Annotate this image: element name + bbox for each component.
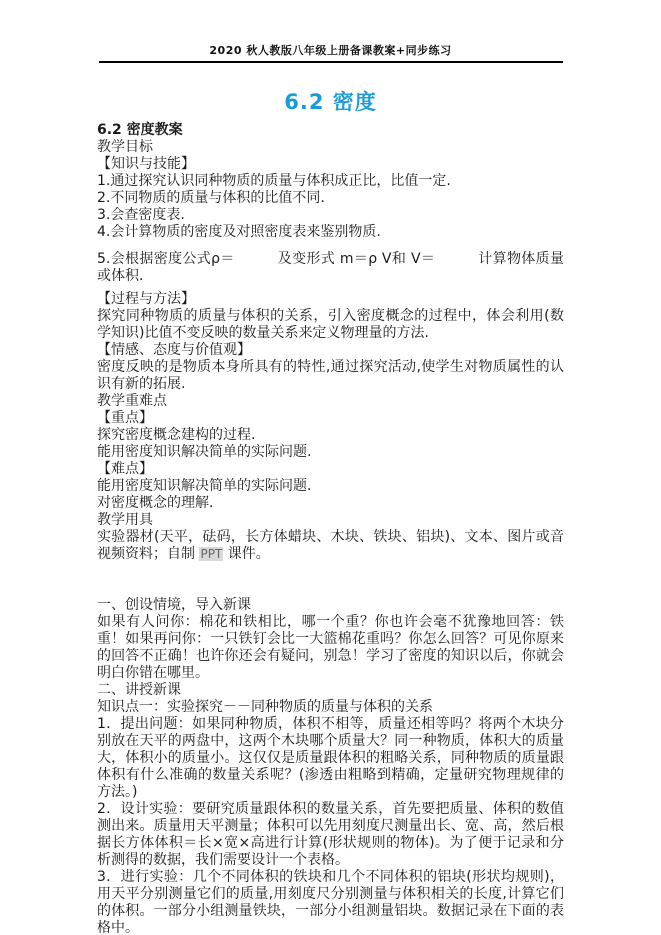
paragraph: 2.不同物质的质量与体积的比值不同. xyxy=(97,190,564,207)
paragraph: 教学用具 xyxy=(97,512,564,529)
ppt-field: PPT xyxy=(199,547,223,561)
formula-paragraph: 5.会根据密度公式ρ＝ 及变形式 m＝ρ V和 V＝ 计算物体质量或体积. xyxy=(97,251,564,285)
header-text: 2020 秋人教版八年级上册备课教案+同步练习 xyxy=(99,44,563,58)
text-run: 课件。 xyxy=(223,546,269,562)
paragraph: 3.会查密度表. xyxy=(97,207,564,224)
paragraph: 【知识与技能】 xyxy=(97,156,564,173)
paragraph: 如果有人问你：棉花和铁相比，哪一个重？你也许会毫不犹豫地回答：铁重！如果再问你：… xyxy=(97,614,564,682)
paragraph: 【难点】 xyxy=(97,461,564,478)
paragraph: 密度反映的是物质本身所具有的特性,通过探究活动,使学生对物质属性的认识有新的拓展… xyxy=(97,359,564,393)
paragraph xyxy=(97,580,564,597)
document-body: 6.2 密度教案教学目标【知识与技能】1.通过探究认识同种物质的质量与体积成正比… xyxy=(97,122,564,935)
header-rule xyxy=(99,61,563,63)
paragraph: 2．设计实验：要研究质量跟体积的数量关系，首先要把质量、体积的数值测出来。质量用… xyxy=(97,801,564,869)
paragraph: 教学重难点 xyxy=(97,393,564,410)
paragraph: 能用密度知识解决简单的实际问题. xyxy=(97,444,564,461)
paragraph: 3．进行实验：几个不同体积的铁块和几个不同体积的铝块(形状均规则)，用天平分别测… xyxy=(97,869,564,935)
equipment-paragraph: 实验器材(天平，砝码，长方体蜡块、木块、铁块、铝块)、文本、图片或音视频资料；自… xyxy=(97,529,564,563)
paragraph: 【重点】 xyxy=(97,410,564,427)
paragraph xyxy=(97,563,564,580)
paragraph: 教学目标 xyxy=(97,139,564,156)
paragraph: 1.通过探究认识同种物质的质量与体积成正比，比值一定. xyxy=(97,173,564,190)
paragraph: 【情感、态度与价值观】 xyxy=(97,342,564,359)
paragraph: 知识点一：实验探究－－同种物质的质量与体积的关系 xyxy=(97,699,564,716)
paragraph: 能用密度知识解决简单的实际问题. xyxy=(97,478,564,495)
paragraph: 1．提出问题：如果同种物质，体积不相等，质量还相等吗？将两个木块分别放在天平的两… xyxy=(97,716,564,801)
section-heading: 6.2 密度教案 xyxy=(97,122,564,139)
paragraph: 对密度概念的理解. xyxy=(97,495,564,512)
document-page: 2020 秋人教版八年级上册备课教案+同步练习 6.2 密度 6.2 密度教案教… xyxy=(0,0,661,935)
page-header: 2020 秋人教版八年级上册备课教案+同步练习 xyxy=(99,0,563,63)
text-run: 实验器材(天平，砝码，长方体蜡块、木块、铁块、铝块)、文本、图片或音视频资料；自… xyxy=(97,529,564,562)
paragraph: 探究同种物质的质量与体积的关系，引入密度概念的过程中，体会利用(数学知识)比值不… xyxy=(97,308,564,342)
paragraph: 一、创设情境，导入新课 xyxy=(97,597,564,614)
doc-title: 6.2 密度 xyxy=(0,86,661,116)
paragraph: 二、讲授新课 xyxy=(97,682,564,699)
paragraph: 【过程与方法】 xyxy=(97,291,564,308)
paragraph: 4.会计算物质的密度及对照密度表来鉴别物质. xyxy=(97,224,564,241)
paragraph: 探究密度概念建构的过程. xyxy=(97,427,564,444)
